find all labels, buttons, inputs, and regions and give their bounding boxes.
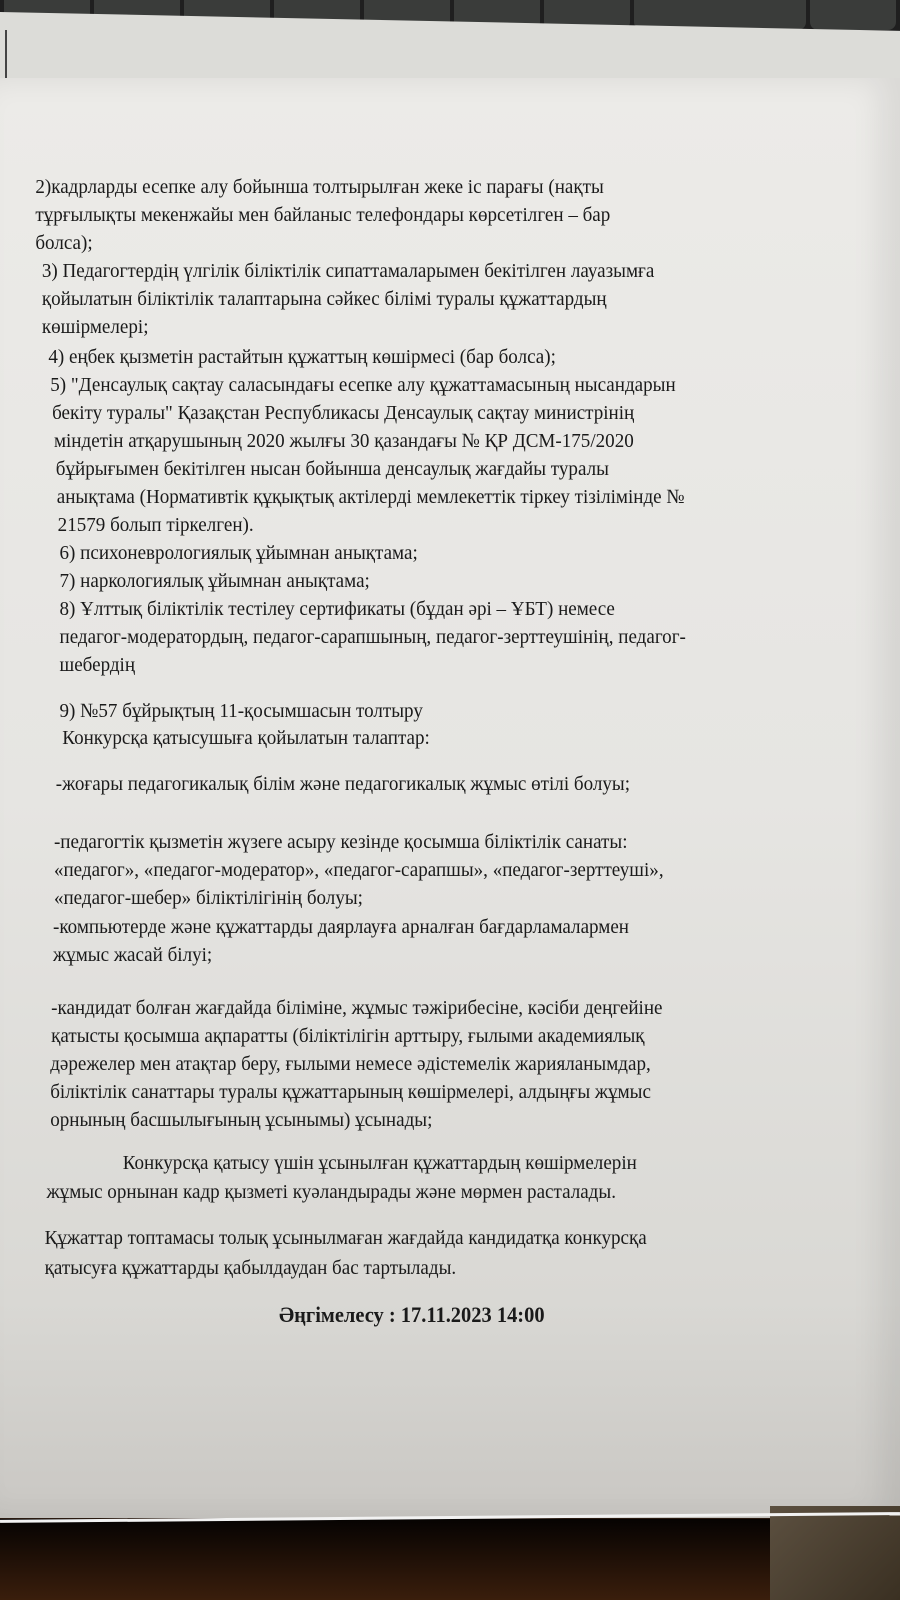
- requirement-4-line-3: дәрежелер мен атақтар беру, ғылыми немес…: [50, 1051, 651, 1078]
- item-3-line-2: қойылатын біліктілік талаптарына сәйкес …: [42, 286, 607, 313]
- certification-line-2: жұмыс орнынан кадр қызметі куәландырады …: [47, 1179, 616, 1206]
- requirement-3-line-2: жұмыс жасай білуі;: [53, 942, 212, 969]
- item-5-line-4: бұйрығымен бекітілген нысан бойынша денс…: [56, 456, 609, 483]
- item-8-line-1: 8) Ұлттық біліктілік тестілеу сертификат…: [60, 596, 615, 623]
- requirements-heading: Конкурсқа қатысушыға қойылатын талаптар:: [62, 725, 430, 752]
- requirement-4-line-4: біліктілік санаттары туралы құжаттарының…: [50, 1079, 651, 1106]
- item-2-line-2: тұрғылықты мекенжайы мен байланыс телефо…: [35, 202, 610, 229]
- item-5-line-5: анықтама (Нормативтік құқықтық актілерді…: [57, 484, 685, 511]
- requirement-1: -жоғары педагогикалық білім және педагог…: [56, 771, 630, 798]
- background-object: [770, 1506, 900, 1600]
- requirement-2-line-1: -педагогтік қызметін жүзеге асыру кезінд…: [54, 829, 628, 856]
- requirement-4-line-2: қатысты қосымша ақпаратты (біліктілігін …: [51, 1023, 644, 1050]
- requirement-3-line-1: -компьютерде және құжаттарды даярлауға а…: [53, 914, 629, 941]
- item-3-line-3: көшірмелері;: [42, 314, 149, 341]
- rejection-line-1: Құжаттар топтамасы толық ұсынылмаған жағ…: [45, 1225, 647, 1252]
- key: [810, 0, 896, 30]
- rejection-line-2: қатысуға құжаттарды қабылдаудан бас тарт…: [45, 1255, 457, 1282]
- item-3-line-1: 3) Педагогтердің үлгілік біліктілік сипа…: [42, 258, 654, 285]
- item-2-line-1: 2)кадрларды есепке алу бойынша толтырылғ…: [35, 174, 603, 201]
- item-6: 6) психоневрологиялық ұйымнан анықтама;: [60, 540, 418, 567]
- requirement-4-line-1: -кандидат болған жағдайда біліміне, жұмы…: [51, 995, 662, 1022]
- item-2-line-3: болса);: [35, 230, 92, 257]
- requirement-2-line-2: «педагог», «педагог-модератор», «педагог…: [54, 857, 664, 884]
- item-7: 7) наркологиялық ұйымнан анықтама;: [60, 568, 370, 595]
- requirement-4-line-5: орнының басшылығының ұсынымы) ұсынады;: [50, 1107, 432, 1134]
- item-5-line-3: міндетін атқарушының 2020 жылғы 30 қазан…: [54, 428, 634, 455]
- item-8-line-2: педагог-модератордың, педагог-сарапшының…: [60, 624, 686, 651]
- item-5-line-2: бекіту туралы" Қазақстан Республикасы Де…: [52, 400, 634, 427]
- item-9: 9) №57 бұйрықтың 11-қосымшасын толтыру: [60, 698, 423, 725]
- interview-datetime: Әңгімелесу : 17.11.2023 14:00: [279, 1302, 545, 1329]
- item-5-line-6: 21579 болып тіркелген).: [58, 512, 254, 539]
- requirement-2-line-3: «педагог-шебер» біліктілігінің болуы;: [54, 885, 363, 912]
- item-8-line-3: шебердің: [60, 652, 136, 679]
- item-5-line-1: 5) "Денсаулық сақтау саласындағы есепке …: [50, 372, 675, 399]
- table-surface: [0, 1519, 900, 1600]
- pen-mark: [5, 30, 7, 80]
- item-4-line-1: 4) еңбек қызметін растайтын құжаттың көш…: [48, 344, 556, 371]
- certification-line-1: Конкурсқа қатысу үшін ұсынылған құжаттар…: [123, 1150, 637, 1177]
